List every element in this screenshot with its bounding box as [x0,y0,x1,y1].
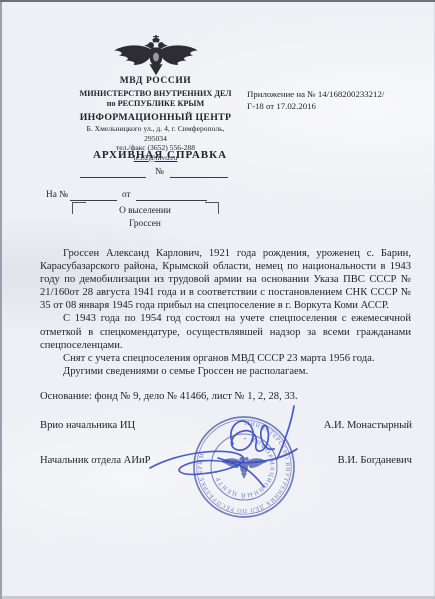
org-name-line: МИНИСТЕРСТВО ВНУТРЕННИХ ДЕЛ [38,89,273,99]
scanned-document-page: МВД РОССИИ МИНИСТЕРСТВО ВНУТРЕННИХ ДЕЛ п… [0,0,435,599]
org-postcode: 295034 [38,134,273,144]
org-unit-line: ИНФОРМАЦИОННЫЙ ЦЕНТР [38,112,273,124]
subject-corner-mark-right [205,202,219,214]
org-name-line: по РЕСПУБЛИКЕ КРЫМ [38,99,273,109]
document-title: АРХИВНАЯ СПРАВКА [40,149,280,161]
attachment-note: Приложение на № 14/168200233212/ Г-18 от… [247,88,429,112]
org-address: Б. Хмельницкого ул., д. 4, г. Симферопол… [38,124,273,134]
subject-corner-mark-left [72,202,86,214]
body-paragraph: Гроссен Александ Карлович, 1921 года рож… [40,247,411,312]
na-number-label: На № [46,190,68,200]
signer-position: Начальник отдела АИиР [40,455,151,466]
number-sign: № [155,167,164,177]
stamp-and-signatures: МИНИСТЕРСТВО ВНУТРЕННИХ ДЕЛ ПО РЕСПУБЛИК… [145,400,340,530]
attachment-note-line: Г-18 от 17.02.2016 [247,100,429,112]
ot-label: от [122,190,131,200]
blank-line [80,177,146,178]
blank-line [70,200,117,201]
subject-block: О выселении Гроссен [85,205,205,230]
blank-line [170,177,228,178]
subject-line: Гроссен [85,218,205,231]
blank-line [136,200,207,201]
body-paragraph: Другими сведениями о семье Гроссен не ра… [40,365,411,378]
signer-position: Врио начальника ИЦ [40,420,135,431]
org-name-line: МВД РОССИИ [38,75,273,87]
subject-line: О выселении [85,205,205,218]
signature-bogdanevich [150,451,264,487]
body-paragraph: С 1943 года по 1954 год состоял на учете… [40,312,411,351]
attachment-note-line: Приложение на № 14/168200233212/ [247,88,429,100]
mvd-double-headed-eagle-icon [112,35,200,76]
body-paragraph: Снят с учета спецпоселения органов МВД С… [40,352,411,365]
body-text: Гроссен Александ Карлович, 1921 года рож… [40,247,411,378]
